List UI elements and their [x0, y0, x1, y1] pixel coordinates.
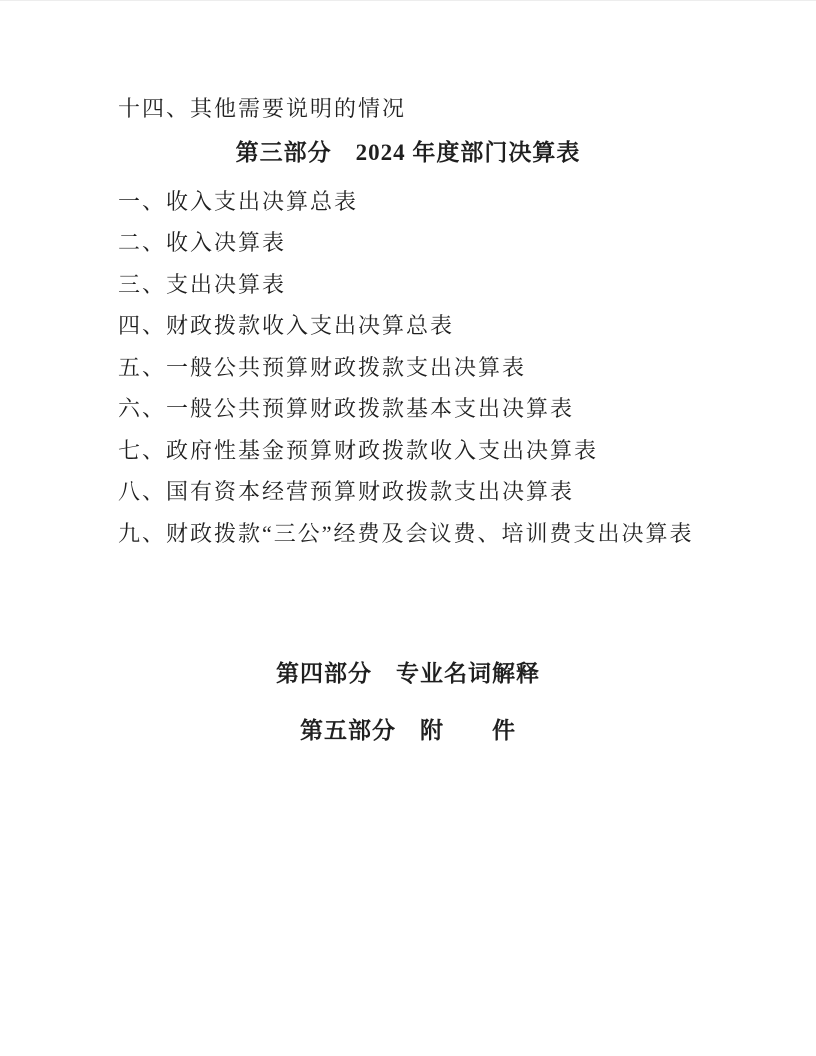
toc-item: 九、财政拨款“三公”经费及会议费、培训费支出决算表	[118, 519, 694, 549]
part5-heading: 第五部分 附 件	[0, 716, 816, 746]
toc-item: 一、收入支出决算总表	[118, 187, 358, 217]
toc-item: 五、一般公共预算财政拨款支出决算表	[118, 353, 526, 383]
toc-item: 七、政府性基金预算财政拨款收入支出决算表	[118, 436, 598, 466]
toc-item: 二、收入决算表	[118, 228, 286, 258]
intro-item-14: 十四、其他需要说明的情况	[118, 94, 406, 124]
part4-heading: 第四部分 专业名词解释	[0, 659, 816, 689]
toc-item: 六、一般公共预算财政拨款基本支出决算表	[118, 394, 574, 424]
toc-item: 八、国有资本经营预算财政拨款支出决算表	[118, 477, 574, 507]
part3-heading: 第三部分 2024 年度部门决算表	[0, 138, 816, 168]
toc-item: 三、支出决算表	[118, 270, 286, 300]
page-top-edge	[0, 0, 816, 1]
toc-item: 四、财政拨款收入支出决算总表	[118, 311, 454, 341]
document-page: 十四、其他需要说明的情况 第三部分 2024 年度部门决算表 一、收入支出决算总…	[0, 0, 816, 1056]
